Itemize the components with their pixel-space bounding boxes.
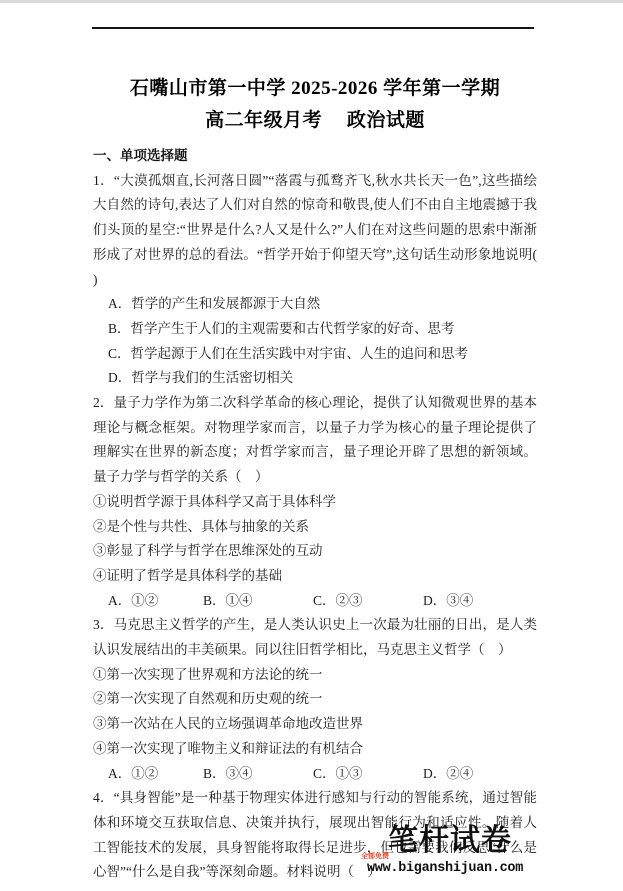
question-2-choice-c: C．②③ [313, 589, 423, 614]
question-3-choices: A．①② B．③④ C．①③ D．②④ [93, 762, 537, 787]
question-3-statement-4: ④第一次实现了唯物主义和辩证法的有机结合 [93, 737, 537, 762]
question-2: 2．量子力学作为第二次科学革命的核心理论，提供了认知微观世界的基本理论与概念框架… [93, 391, 537, 613]
watermark-brand-logo: 笔杆试卷 [388, 824, 512, 858]
exam-title-line1: 石嘴山市第一中学 2025-2026 学年第一学期 [93, 76, 537, 102]
question-2-statement-1: ①说明哲学源于具体科学又高于具体科学 [93, 490, 537, 515]
exam-page: 石嘴山市第一中学 2025-2026 学年第一学期 高二年级月考 政治试题 一、… [93, 0, 537, 885]
question-3-choice-b: B．③④ [203, 762, 313, 787]
question-3-choice-d: D．②④ [423, 762, 473, 787]
question-1-option-d: D．哲学与我们的生活密切相关 [93, 366, 537, 391]
question-1-option-c: C．哲学起源于人们在生活实践中对宇宙、人生的追问和思考 [93, 342, 537, 367]
question-1-stem: 1．“大漠孤烟直,长河落日圆”“落霞与孤鹜齐飞,秋水共长天一色”,这些描绘大自然… [93, 169, 537, 293]
question-2-stem: 2．量子力学作为第二次科学革命的核心理论，提供了认知微观世界的基本理论与概念框架… [93, 391, 537, 490]
question-2-choice-d: D．③④ [423, 589, 473, 614]
question-1-option-a: A．哲学的产生和发展都源于大自然 [93, 292, 537, 317]
question-2-statement-2: ②是个性与共性、具体与抽象的关系 [93, 515, 537, 540]
question-1: 1．“大漠孤烟直,长河落日圆”“落霞与孤鹜齐飞,秋水共长天一色”,这些描绘大自然… [93, 169, 537, 391]
question-3-stem: 3．马克思主义哲学的产生，是人类认识史上一次最为壮丽的日出，是人类认识发展结出的… [93, 613, 537, 662]
question-3-statement-3: ③第一次站在人民的立场强调革命地改造世界 [93, 712, 537, 737]
question-3-statement-1: ①第一次实现了世界观和方法论的统一 [93, 663, 537, 688]
question-2-choices: A．①② B．①④ C．②③ D．③④ [93, 589, 537, 614]
section-heading: 一、单项选择题 [93, 144, 537, 169]
question-3-choice-c: C．①③ [313, 762, 423, 787]
question-2-choice-a: A．①② [108, 589, 203, 614]
question-3: 3．马克思主义哲学的产生，是人类认识史上一次最为壮丽的日出，是人类认识发展结出的… [93, 613, 537, 786]
question-2-choice-b: B．①④ [203, 589, 313, 614]
watermark-site-url: www.biganshijuan.com [367, 860, 523, 877]
question-3-choice-a: A．①② [108, 762, 203, 787]
question-2-statement-3: ③彰显了科学与哲学在思维深处的互动 [93, 539, 537, 564]
question-1-option-b: B．哲学产生于人们的主观需要和古代哲学家的好奇、思考 [93, 317, 537, 342]
exam-title-line2: 高二年级月考 政治试题 [93, 108, 537, 134]
question-3-statement-2: ②第一次实现了自然观和历史观的统一 [93, 687, 537, 712]
question-2-statement-4: ④证明了哲学是具体科学的基础 [93, 564, 537, 589]
